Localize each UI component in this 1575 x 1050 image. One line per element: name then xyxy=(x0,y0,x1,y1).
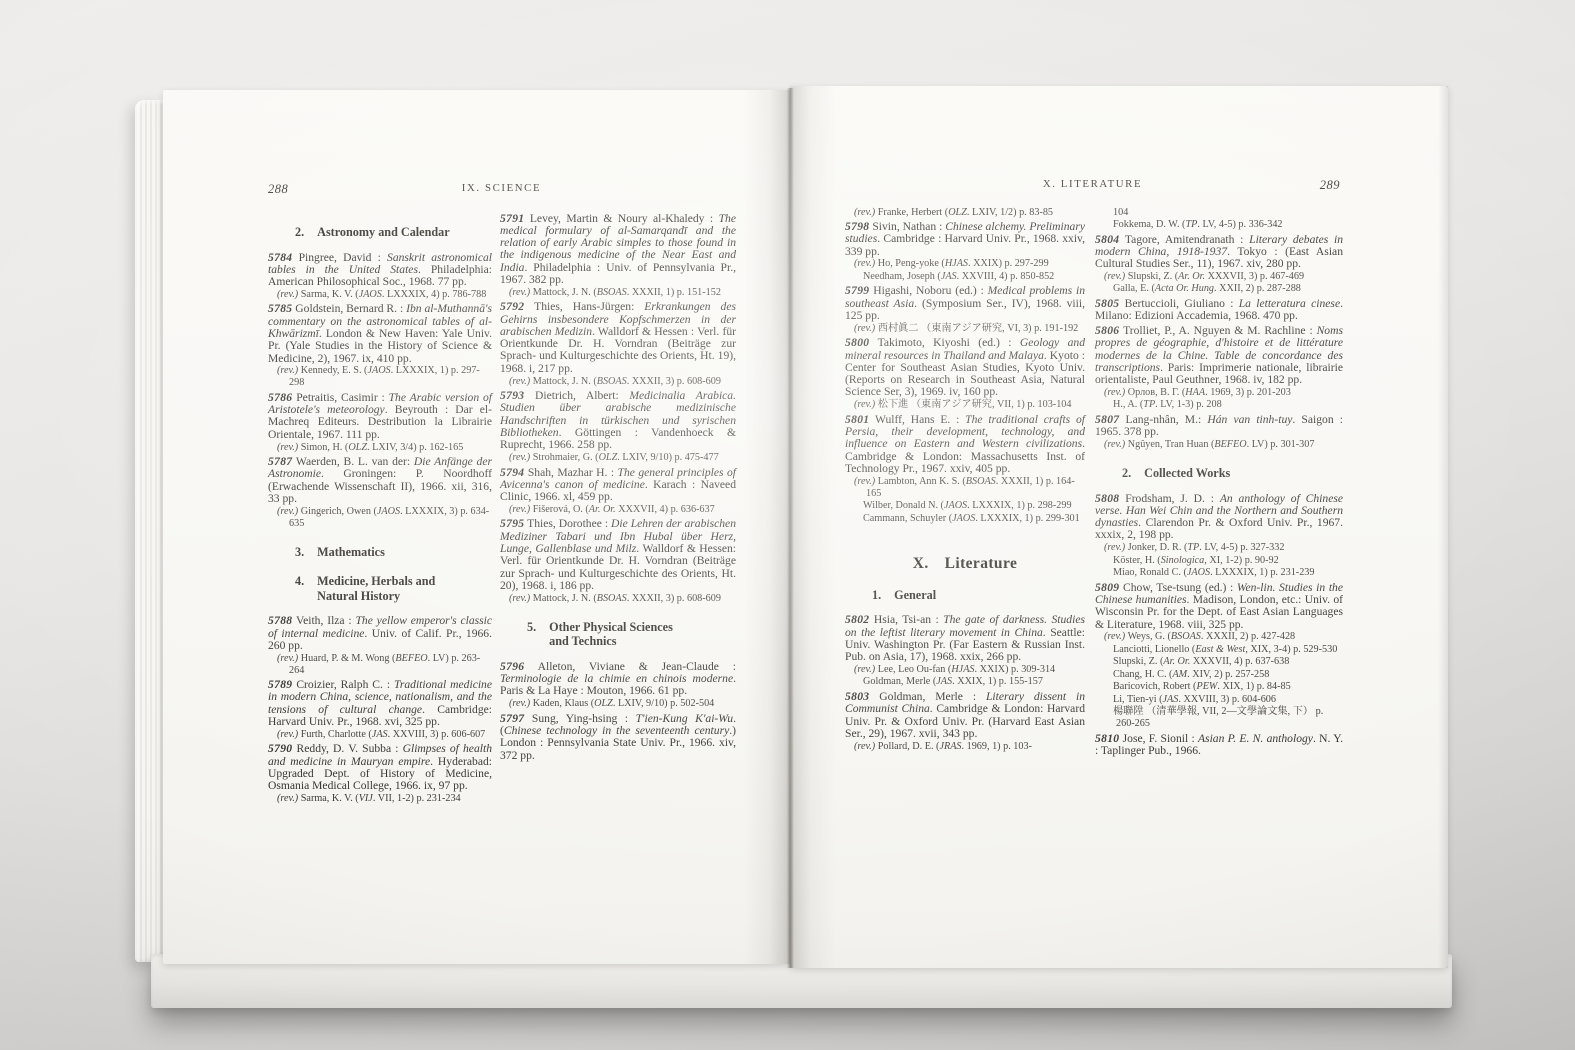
text-run: 5804 xyxy=(1095,233,1119,246)
text-run: Lang-nhân, M.: xyxy=(1119,413,1207,426)
text-run: Hán van tinh-tuy xyxy=(1207,413,1292,426)
text-run: La letteratura cinese xyxy=(1239,297,1340,310)
text-run: , XIX, 3-4) p. 529-530 xyxy=(1245,644,1337,655)
text-run: OLZ xyxy=(348,442,367,453)
text-run: JAS xyxy=(941,271,957,282)
text-run: Terminologie de la chimie en chinois mod… xyxy=(500,672,733,685)
text-run: (rev.) xyxy=(1104,631,1125,642)
section-heading: 1.General xyxy=(845,588,1085,603)
right-page-column-1: (rev.) Franke, Herbert (OLZ. LXIV, 1/2) … xyxy=(845,206,1085,753)
text-run: 5796 xyxy=(500,660,524,673)
bib-entry-5795: 5795 Thies, Dorothee : Die Lehren der ar… xyxy=(500,518,736,592)
text-run: (rev.) xyxy=(1104,271,1125,282)
text-run: Sung, Ying-hsing : xyxy=(524,712,635,725)
text-run: (rev.) xyxy=(854,399,875,410)
bib-entry-5807: 5807 Lang-nhân, M.: Hán van tinh-tuy. Sa… xyxy=(1095,414,1343,439)
running-head-left: 288 IX. SCIENCE xyxy=(163,182,790,198)
text-run: . LV) p. 301-307 xyxy=(1247,439,1315,450)
text-run: Thies, Hans-Jürgen: xyxy=(524,300,644,313)
text-run: Petraitis, Casimir : xyxy=(292,391,388,404)
text-run: Simon, H. ( xyxy=(298,442,348,453)
text-run: (rev.) xyxy=(509,287,530,298)
text-run: 5809 xyxy=(1095,581,1119,594)
text-run: 5786 xyxy=(268,391,292,404)
text-run: 松下進 （東南アジア研究, VII, 1) p. 103-104 xyxy=(875,399,1071,410)
review-line: (rev.) Simon, H. (OLZ. LXIV, 3/4) p. 162… xyxy=(268,442,492,454)
text-run: (rev.) xyxy=(277,729,298,740)
text-run: Franke, Herbert ( xyxy=(875,207,948,218)
text-run: . XXIX, 1) p. 155-157 xyxy=(952,676,1043,687)
running-title-left: IX. SCIENCE xyxy=(268,182,735,194)
text-run: Köster, H. ( xyxy=(1113,555,1161,566)
text-run: Sinologica xyxy=(1161,555,1205,566)
review-line: (rev.) Franke, Herbert (OLZ. LXIV, 1/2) … xyxy=(845,207,1085,219)
bib-entry-5792: 5792 Thies, Hans-Jürgen: Erkrankungen de… xyxy=(500,301,736,375)
text-run: Weys, G. ( xyxy=(1125,631,1171,642)
bib-entry-5788: 5788 Veith, Ilza : The yellow emperor's … xyxy=(268,615,492,652)
text-run: 西村眞二 （東南アジア研究, VI, 3) p. 191-192 xyxy=(875,323,1078,334)
text-run: 5788 xyxy=(268,614,292,627)
text-run: Kennedy, E. S. ( xyxy=(298,365,367,376)
text-run: . XXVIII, 4) p. 850-852 xyxy=(957,271,1055,282)
text-run: . LXXXIX, 1) p. 231-239 xyxy=(1210,567,1314,578)
text-run: . LXIV, 1/2) p. 83-85 xyxy=(967,207,1053,218)
text-run: . XXIX) p. 297-299 xyxy=(968,258,1049,269)
text-run: 5802 xyxy=(845,613,869,626)
text-run: Strohmaier, G. ( xyxy=(530,452,598,463)
text-run: Bertuccioli, Giuliano : xyxy=(1119,297,1238,310)
text-run: HAA xyxy=(1185,387,1205,398)
text-run: 5808 xyxy=(1095,492,1119,505)
text-run: Croizier, Ralph C. : xyxy=(292,678,394,691)
text-run: Slupski, Z. ( xyxy=(1113,656,1163,667)
text-run: Ho, Peng-yoke ( xyxy=(875,258,945,269)
text-run: . XXVIII, 3) p. 606-607 xyxy=(388,729,486,740)
text-run: Chow, Tse-tsung (ed.) : xyxy=(1119,581,1237,594)
text-run: Jose, F. Sionil : xyxy=(1119,732,1198,745)
review-line: Lanciotti, Lionello (East & West, XIX, 3… xyxy=(1095,644,1343,656)
review-line: Köster, H. (Sinologica, XI, 1-2) p. 90-9… xyxy=(1095,555,1343,567)
text-run: . LXXXIX, 4) p. 786-788 xyxy=(382,289,486,300)
bib-entry-5791: 5791 Levey, Martin & Noury al-Khaledy : … xyxy=(500,213,736,287)
open-book: 288 IX. SCIENCE 2.Astronomy and Calendar… xyxy=(135,86,1448,1008)
text-run: 5797 xyxy=(500,712,524,725)
text-run: BEFEO xyxy=(1214,439,1246,450)
text-run: 楊聯陞 （清華學報, VII, 2—文學論文集, 下） p. 260-265 xyxy=(1113,706,1323,729)
text-run: OLZ xyxy=(948,207,967,218)
bib-entry-5787: 5787 Waerden, B. L. van der: Die Anfänge… xyxy=(268,456,492,505)
review-line: (rev.) Strohmaier, G. (OLZ. LXIV, 9/10) … xyxy=(500,452,736,464)
section-number: 1. xyxy=(872,588,881,603)
text-run: Higashi, Noboru (ed.) : xyxy=(869,284,987,297)
review-line: (rev.) Орлов, В. Г. (HAA. 1969, 3) p. 20… xyxy=(1095,387,1343,399)
text-run: (rev.) xyxy=(854,741,875,752)
text-run: (rev.) xyxy=(277,793,298,804)
text-run: Mattock, J. N. ( xyxy=(530,287,597,298)
text-run: XXXVII, 3) p. 467-469 xyxy=(1205,271,1304,282)
review-line: (rev.) Ho, Peng-yoke (HJAS. XXIX) p. 297… xyxy=(845,258,1085,270)
page-left: 288 IX. SCIENCE 2.Astronomy and Calendar… xyxy=(163,90,790,964)
bib-entry-5798: 5798 Sivin, Nathan : Chinese alchemy. Pr… xyxy=(845,221,1085,258)
review-line: (rev.) Sarma, K. V. (VIJ. VII, 1-2) p. 2… xyxy=(268,793,492,805)
text-run: Lambton, Ann K. S. ( xyxy=(875,476,966,487)
review-line: (rev.) Mattock, J. N. (BSOAS. XXXII, 1) … xyxy=(500,287,736,299)
bib-entry-5785: 5785 Goldstein, Bernard R. : Ibn al-Muth… xyxy=(268,303,492,364)
text-run: 5793 xyxy=(500,389,524,402)
text-run: T'ien-Kung K'ai-Wu xyxy=(636,712,734,725)
text-run: 5794 xyxy=(500,466,524,479)
review-line: (rev.) Weys, G. (BSOAS. XXXII, 2) p. 427… xyxy=(1095,631,1343,643)
text-run: (rev.) xyxy=(509,698,530,709)
text-run: JAOS xyxy=(1187,567,1210,578)
bib-entry-5799: 5799 Higashi, Noboru (ed.) : Medical pro… xyxy=(845,285,1085,322)
text-run: . LXXXIX, 1) p. 299-301 xyxy=(975,513,1079,524)
text-run: . 1969, 3) p. 201-203 xyxy=(1205,387,1291,398)
text-run: 5784 xyxy=(268,251,292,264)
bib-entry-5789: 5789 Croizier, Ralph C. : Traditional me… xyxy=(268,679,492,728)
text-run: Cammann, Schuyler ( xyxy=(863,513,952,524)
section-number: 3. xyxy=(295,545,304,560)
text-run: 5805 xyxy=(1095,297,1119,310)
text-run: . XXXII, 2) p. 427-428 xyxy=(1201,631,1295,642)
review-line: (rev.) Slupski, Z. (Ar. Or. XXXVII, 3) p… xyxy=(1095,271,1343,283)
text-run: . LV, 4-5) p. 336-342 xyxy=(1197,219,1282,230)
review-line: Chang, H. C. (AM. XIV, 2) p. 257-258 xyxy=(1095,669,1343,681)
text-run: Trolliet, P., A. Nguyen & M. Rachline : xyxy=(1119,324,1316,337)
chapter-title: Literature xyxy=(945,555,1018,572)
review-line: (rev.) Lee, Leo Ou-fan (HJAS. XXIX) p. 3… xyxy=(845,664,1085,676)
text-run: JAOS xyxy=(952,513,975,524)
bib-entry-5786: 5786 Petraitis, Casimir : The Arabic ver… xyxy=(268,392,492,441)
text-run: Орлов, В. Г. ( xyxy=(1125,387,1185,398)
text-run: Goldman, Merle : xyxy=(869,690,986,703)
text-run: JRAS xyxy=(939,741,961,752)
text-run: BSOAS xyxy=(597,376,627,387)
review-line: Cammann, Schuyler (JAOS. LXXXIX, 1) p. 2… xyxy=(845,513,1085,525)
section-heading: 3.Mathematics xyxy=(268,545,492,560)
bib-entry-5802: 5802 Hsia, Tsi-an : The gate of darkness… xyxy=(845,614,1085,663)
review-line: Needham, Joseph (JAS. XXVIII, 4) p. 850-… xyxy=(845,271,1085,283)
text-run: Goldman, Merle ( xyxy=(863,676,936,687)
section-number: 2. xyxy=(295,225,304,240)
text-run: 5787 xyxy=(268,455,292,468)
text-run: . LV, 1-3) p. 208 xyxy=(1155,399,1222,410)
page-number-right: 289 xyxy=(845,178,1340,193)
section-title: Mathematics xyxy=(317,545,385,560)
text-run: 5801 xyxy=(845,413,869,426)
review-line: (rev.) Kennedy, E. S. (JAOS. LXXXIX, 1) … xyxy=(268,365,492,389)
text-run: JAS xyxy=(1163,694,1179,705)
text-run: 5795 xyxy=(500,517,524,530)
text-run: (rev.) xyxy=(854,664,875,675)
text-run: JAS xyxy=(372,729,388,740)
page-stack-left-edge xyxy=(135,100,165,962)
text-run: (rev.) xyxy=(1104,439,1125,450)
section-number: 5. xyxy=(527,620,536,649)
text-run: (rev.) xyxy=(1104,542,1125,553)
text-run: XXXVII, 4) p. 636-637 xyxy=(616,504,715,515)
text-run: Goldstein, Bernard R. : xyxy=(292,302,406,315)
text-run: TP xyxy=(1187,542,1199,553)
text-run: Ar. Or. xyxy=(589,504,616,515)
text-run: AM xyxy=(1172,669,1187,680)
review-line: (rev.) Furth, Charlotte (JAS. XXVIII, 3)… xyxy=(268,729,492,741)
text-run: Li, Tien-yi ( xyxy=(1113,694,1163,705)
review-line: (rev.) Fišerová, O. (Ar. Or. XXXVII, 4) … xyxy=(500,504,736,516)
text-run: Sarma, K. V. ( xyxy=(298,793,358,804)
review-line: (rev.) Mattock, J. N. (BSOAS. XXXII, 3) … xyxy=(500,376,736,388)
section-heading: 4.Medicine, Herbals and Natural History xyxy=(268,574,492,603)
review-line: Fokkema, D. W. (TP. LV, 4-5) p. 336-342 xyxy=(1095,219,1343,231)
text-run: . XXXII, 3) p. 608-609 xyxy=(627,593,721,604)
review-line: H., A. (TP. LV, 1-3) p. 208 xyxy=(1095,399,1343,411)
text-run: Shah, Mazhar H. : xyxy=(524,466,617,479)
bib-entry-5804: 5804 Tagore, Amitendranath : Literary de… xyxy=(1095,234,1343,271)
bib-entry-5803: 5803 Goldman, Merle : Literary dissent i… xyxy=(845,691,1085,740)
section-heading: 2.Astronomy and Calendar xyxy=(268,225,492,240)
text-run: . VII, 1-2) p. 231-234 xyxy=(373,793,461,804)
review-line: (rev.) Jonker, D. R. (TP. LV, 4-5) p. 32… xyxy=(1095,542,1343,554)
text-run: . XIV, 2) p. 257-258 xyxy=(1187,669,1269,680)
text-run: Miao, Ronald C. ( xyxy=(1113,567,1187,578)
section-heading: 5.Other Physical Sciences and Technics xyxy=(500,620,736,649)
text-run: (rev.) xyxy=(277,442,298,453)
text-run: VIJ xyxy=(359,793,373,804)
text-run: . LXIV, 9/10) p. 475-477 xyxy=(617,452,718,463)
bib-entry-5800: 5800 Takimoto, Kiyoshi (ed.) : Geology a… xyxy=(845,337,1085,398)
text-run: JAOS xyxy=(944,500,967,511)
text-run: BSOAS xyxy=(597,593,627,604)
review-line: Slupski, Z. (Ar. Or. XXXVII, 4) p. 637-6… xyxy=(1095,656,1343,668)
text-run: (rev.) xyxy=(1104,387,1125,398)
bib-entry-5797: 5797 Sung, Ying-hsing : T'ien-Kung K'ai-… xyxy=(500,713,736,762)
bib-entry-5801: 5801 Wulff, Hans E. : The traditional cr… xyxy=(845,414,1085,475)
text-run: 5791 xyxy=(500,212,524,225)
text-run: Mattock, J. N. ( xyxy=(530,593,597,604)
bib-entry-5810: 5810 Jose, F. Sionil : Asian P. E. N. an… xyxy=(1095,733,1343,758)
text-run: HJAS xyxy=(951,664,974,675)
text-run: Ar. Or. xyxy=(1178,271,1205,282)
text-run: Fišerová, O. ( xyxy=(530,504,589,515)
bib-entry-5793: 5793 Dietrich, Albert: Medicinalia Arabi… xyxy=(500,390,736,451)
text-run: BSOAS xyxy=(597,287,627,298)
text-run: H., A. ( xyxy=(1113,399,1143,410)
text-run: . XXVIII, 3) p. 604-606 xyxy=(1178,694,1276,705)
text-run: Frodsham, J. D. : xyxy=(1119,492,1219,505)
bib-entry-5805: 5805 Bertuccioli, Giuliano : La letterat… xyxy=(1095,298,1343,323)
text-run: 5792 xyxy=(500,300,524,313)
text-run: Alleton, Viviane & Jean-Claude : xyxy=(524,660,736,673)
text-run: 5803 xyxy=(845,690,869,703)
text-run: Tagore, Amitendranath : xyxy=(1119,233,1249,246)
text-run: Sivin, Nathan : xyxy=(869,220,945,233)
text-run: XXXVII, 4) p. 637-638 xyxy=(1190,656,1289,667)
review-line: (rev.) Lambton, Ann K. S. (BSOAS. XXXII,… xyxy=(845,476,1085,500)
section-heading: 2.Collected Works xyxy=(1095,466,1343,481)
text-run: Pollard, D. E. ( xyxy=(875,741,939,752)
review-line: (rev.) Mattock, J. N. (BSOAS. XXXII, 3) … xyxy=(500,593,736,605)
review-line: (rev.) Pollard, D. E. (JRAS. 1969, 1) p.… xyxy=(845,741,1085,753)
text-run: Needham, Joseph ( xyxy=(863,271,941,282)
text-run: JAOS xyxy=(359,289,382,300)
text-run: . LXIV, 3/4) p. 162-165 xyxy=(367,442,463,453)
text-run: Mattock, J. N. ( xyxy=(530,376,597,387)
book-gutter-shadow xyxy=(787,88,794,968)
section-title: Collected Works xyxy=(1144,466,1230,481)
text-run: (rev.) xyxy=(854,476,875,487)
bib-entry-5808: 5808 Frodsham, J. D. : An anthology of C… xyxy=(1095,493,1343,542)
text-run: East & West xyxy=(1195,644,1245,655)
review-line: (rev.) Gingerich, Owen (JAOS. LXXXIX, 3)… xyxy=(268,506,492,530)
text-run: (rev.) xyxy=(854,207,875,218)
text-run: Levey, Martin & Noury al-Khaledy : xyxy=(524,212,718,225)
text-run: 5807 xyxy=(1095,413,1119,426)
text-run: Huard, P. & M. Wong ( xyxy=(298,653,395,664)
text-run: (rev.) xyxy=(854,258,875,269)
text-run: Takimoto, Kiyoshi (ed.) : xyxy=(869,336,1020,349)
chapter-number: X. xyxy=(913,555,929,572)
section-title: Astronomy and Calendar xyxy=(317,225,450,240)
review-line: (rev.) Kaden, Klaus (OLZ. LXIV, 9/10) p.… xyxy=(500,698,736,710)
text-run: TP xyxy=(1185,219,1197,230)
text-run: Gingerich, Owen ( xyxy=(298,506,377,517)
text-run: . Cambridge : Harvard Univ. Pr., 1968. x… xyxy=(845,232,1085,257)
text-run: Pingree, David : xyxy=(292,251,387,264)
text-run: JAS xyxy=(936,676,952,687)
text-run: 5806 xyxy=(1095,324,1119,337)
right-page-column-2: 104Fokkema, D. W. (TP. LV, 4-5) p. 336-3… xyxy=(1095,206,1343,758)
section-title: Medicine, Herbals and Natural History xyxy=(317,574,435,603)
section-title: Other Physical Sciences and Technics xyxy=(549,620,673,649)
section-number: 4. xyxy=(295,574,304,603)
text-run: 5785 xyxy=(268,302,292,315)
text-run: (rev.) xyxy=(277,653,298,664)
text-run: JAOS xyxy=(377,506,400,517)
review-line: (rev.) 西村眞二 （東南アジア研究, VI, 3) p. 191-192 xyxy=(845,323,1085,335)
text-run: BSOAS xyxy=(966,476,996,487)
bib-entry-5806: 5806 Trolliet, P., A. Nguyen & M. Rachli… xyxy=(1095,325,1343,386)
photo-of-open-book: { "colors": {"paper":"#f8f7f3","ink":"#2… xyxy=(0,0,1575,1050)
text-run: Lee, Leo Ou-fan ( xyxy=(875,664,951,675)
text-run: Wilber, Donald N. ( xyxy=(863,500,944,511)
text-run: Jonker, D. R. ( xyxy=(1125,542,1187,553)
review-line: Miao, Ronald C. (JAOS. LXXXIX, 1) p. 231… xyxy=(1095,567,1343,579)
chapter-heading: X.Literature xyxy=(845,555,1085,573)
review-line: (rev.) 松下進 （東南アジア研究, VII, 1) p. 103-104 xyxy=(845,399,1085,411)
text-run: Reddy, D. V. Subba : xyxy=(292,742,402,755)
text-run: Veith, Ilza : xyxy=(292,614,355,627)
text-run: Ngûyen, Tran Huan ( xyxy=(1125,439,1214,450)
text-run: Chinese technology in the seventeenth ce… xyxy=(504,724,729,737)
text-run: . 1969, 1) p. 103- xyxy=(962,741,1032,752)
photo-background: 288 IX. SCIENCE 2.Astronomy and Calendar… xyxy=(0,0,1575,1050)
text-run: (rev.) xyxy=(854,323,875,334)
text-run: OLZ xyxy=(594,698,613,709)
text-run: Waerden, B. L. van der: xyxy=(292,455,413,468)
bib-entry-5794: 5794 Shah, Mazhar H. : The general princ… xyxy=(500,467,736,504)
text-run: 5798 xyxy=(845,220,869,233)
text-run: BSOAS xyxy=(1171,631,1201,642)
text-run: BEFEO xyxy=(395,653,427,664)
left-page-column-1: 2.Astronomy and Calendar5784 Pingree, Da… xyxy=(268,210,492,805)
text-run: Fokkema, D. W. ( xyxy=(1113,219,1185,230)
text-run: PEW xyxy=(1196,681,1217,692)
text-run: Asian P. E. N. anthology xyxy=(1198,732,1313,745)
review-line: 楊聯陞 （清華學報, VII, 2—文學論文集, 下） p. 260-265 xyxy=(1095,706,1343,730)
text-run: Lanciotti, Lionello ( xyxy=(1113,644,1195,655)
review-line: (rev.) Huard, P. & M. Wong (BEFEO. LV) p… xyxy=(268,653,492,677)
text-run: Baricovich, Robert ( xyxy=(1113,681,1196,692)
text-run: (rev.) xyxy=(277,289,298,300)
text-run: (rev.) xyxy=(509,376,530,387)
text-run: . LXXXIX, 1) p. 298-299 xyxy=(967,500,1071,511)
text-run: Kaden, Klaus ( xyxy=(530,698,594,709)
text-run: JAOS xyxy=(367,365,390,376)
text-run: Slupski, Z. ( xyxy=(1125,271,1178,282)
text-run: Wulff, Hans E. : xyxy=(869,413,965,426)
text-run: 104 xyxy=(1113,207,1128,218)
bib-entry-5796: 5796 Alleton, Viviane & Jean-Claude : Te… xyxy=(500,661,736,698)
text-run: HJAS xyxy=(945,258,968,269)
text-run: Dietrich, Albert: xyxy=(524,389,629,402)
text-run: Hsia, Tsi-an : xyxy=(869,613,943,626)
text-run: . XIX, 1) p. 84-85 xyxy=(1217,681,1290,692)
text-run: 5789 xyxy=(268,678,292,691)
text-run: Sarma, K. V. ( xyxy=(298,289,358,300)
bib-entry-5784: 5784 Pingree, David : Sanskrit astronomi… xyxy=(268,252,492,289)
text-run: . XXIX) p. 309-314 xyxy=(975,664,1056,675)
text-run: (rev.) xyxy=(277,506,298,517)
bib-entry-5790: 5790 Reddy, D. V. Subba : Glimpses of he… xyxy=(268,743,492,792)
review-line: Goldman, Merle (JAS. XXIX, 1) p. 155-157 xyxy=(845,676,1085,688)
text-run: Chang, H. C. ( xyxy=(1113,669,1172,680)
text-run: OLZ xyxy=(599,452,618,463)
text-run: 5790 xyxy=(268,742,292,755)
text-run: , XI, 1-2) p. 90-92 xyxy=(1204,555,1278,566)
text-run: 5800 xyxy=(845,336,869,349)
text-run: Thies, Dorothee : xyxy=(524,517,611,530)
text-run: Acta Or. Hung xyxy=(1155,283,1214,294)
text-run: (rev.) xyxy=(509,452,530,463)
text-run: . LXIV, 9/10) p. 502-504 xyxy=(613,698,714,709)
text-run: (rev.) xyxy=(277,365,298,376)
review-line: Baricovich, Robert (PEW. XIX, 1) p. 84-8… xyxy=(1095,681,1343,693)
review-line: Wilber, Donald N. (JAOS. LXXXIX, 1) p. 2… xyxy=(845,500,1085,512)
text-run: Galla, E. ( xyxy=(1113,283,1155,294)
text-run: (rev.) xyxy=(509,593,530,604)
text-run: TP xyxy=(1143,399,1155,410)
text-run: 5799 xyxy=(845,284,869,297)
review-line: (rev.) Sarma, K. V. (JAOS. LXXXIX, 4) p.… xyxy=(268,289,492,301)
review-line: 104 xyxy=(1095,207,1343,219)
review-line: Galla, E. (Acta Or. Hung. XXII, 2) p. 28… xyxy=(1095,283,1343,295)
section-title: General xyxy=(894,588,936,603)
left-page-column-2: 5791 Levey, Martin & Noury al-Khaledy : … xyxy=(500,210,736,762)
page-right: X. LITERATURE 289 (rev.) Franke, Herbert… xyxy=(790,86,1448,968)
text-run: . Philadelphia : Univ. of Pennsylvania P… xyxy=(500,261,736,286)
text-run: Ar. Or. xyxy=(1163,656,1190,667)
text-run: . XXII, 2) p. 287-288 xyxy=(1214,283,1301,294)
text-run: . XXXII, 3) p. 608-609 xyxy=(627,376,721,387)
section-number: 2. xyxy=(1122,466,1131,481)
text-run: Furth, Charlotte ( xyxy=(298,729,372,740)
running-head-right: X. LITERATURE 289 xyxy=(790,178,1448,194)
text-run: 5810 xyxy=(1095,732,1119,745)
text-run: . LV, 4-5) p. 327-332 xyxy=(1199,542,1284,553)
text-run: (rev.) xyxy=(509,504,530,515)
review-line: Li, Tien-yi (JAS. XXVIII, 3) p. 604-606 xyxy=(1095,694,1343,706)
text-run: . XXXII, 1) p. 151-152 xyxy=(627,287,721,298)
